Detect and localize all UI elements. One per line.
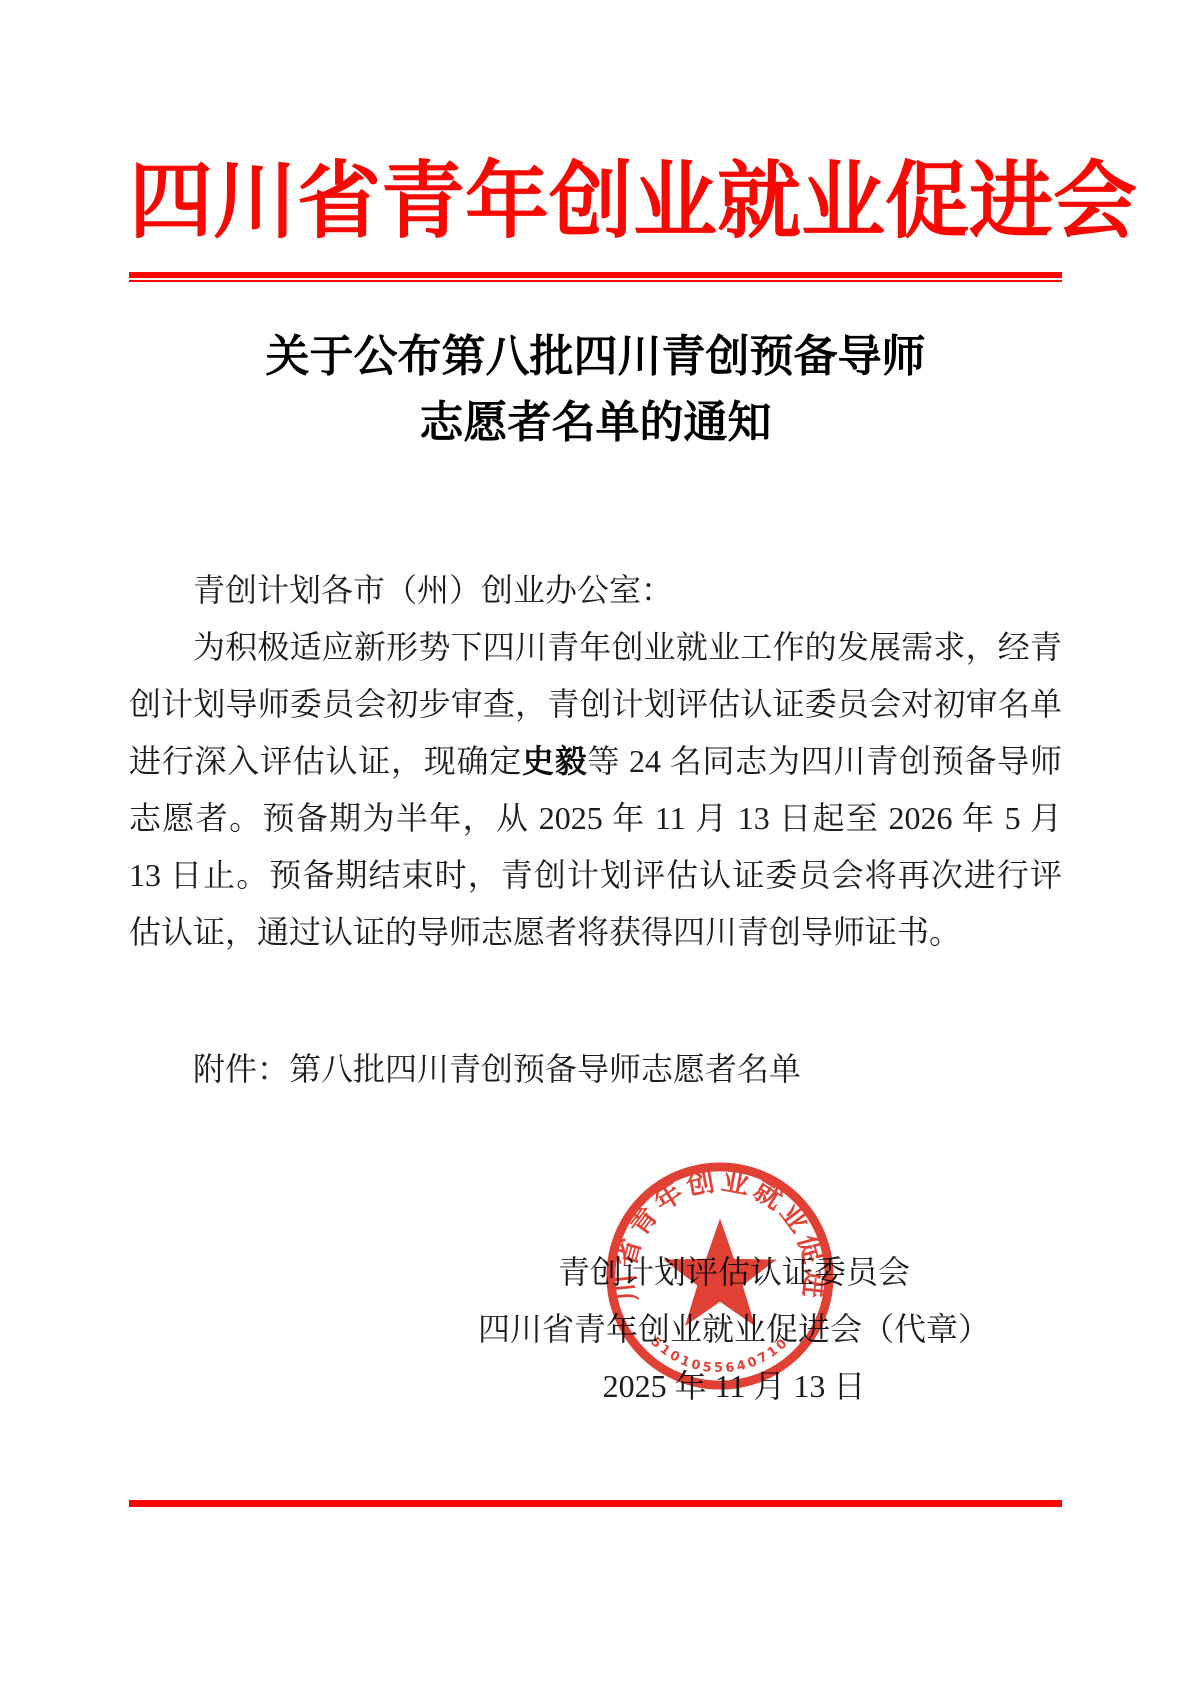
signature-block: 青创计划评估认证委员会 四川省青年创业就业促进会（代章） 2025 年 11 月… (468, 1244, 1000, 1415)
letterhead-divider-thin-line (129, 280, 1062, 282)
document-content: 四川省青年创业就业促进会 关于公布第八批四川青创预备导师 志愿者名单的通知 青创… (129, 155, 1062, 1415)
letterhead-divider (129, 272, 1062, 282)
salutation-line: 青创计划各市（州）创业办公室： (129, 562, 1062, 619)
document-title-line2: 志愿者名单的通知 (420, 398, 772, 447)
footer-divider (129, 1500, 1062, 1507)
letterhead-title: 四川省青年创业就业促进会 (129, 155, 1062, 252)
signature-date: 2025 年 11 月 13 日 (468, 1358, 1000, 1415)
signature-association-line: 四川省青年创业就业促进会（代章） (468, 1301, 1000, 1358)
document-title: 关于公布第八批四川青创预备导师 志愿者名单的通知 (129, 324, 1062, 456)
document-body: 青创计划各市（州）创业办公室： 为积极适应新形势下四川青年创业就业工作的发展需求… (129, 562, 1062, 1098)
letterhead-divider-thick-line (129, 272, 1062, 278)
document-page: 四川省青年创业就业促进会 关于公布第八批四川青创预备导师 志愿者名单的通知 青创… (0, 0, 1191, 1684)
attachment-line: 附件：第八批四川青创预备导师志愿者名单 (129, 1041, 1062, 1098)
highlighted-name: 史毅 (522, 743, 588, 779)
document-title-line1: 关于公布第八批四川青创预备导师 (266, 332, 926, 381)
main-paragraph: 为积极适应新形势下四川青年创业就业工作的发展需求，经青创计划导师委员会初步审查，… (129, 619, 1062, 961)
signature-committee-line: 青创计划评估认证委员会 (468, 1244, 1000, 1301)
